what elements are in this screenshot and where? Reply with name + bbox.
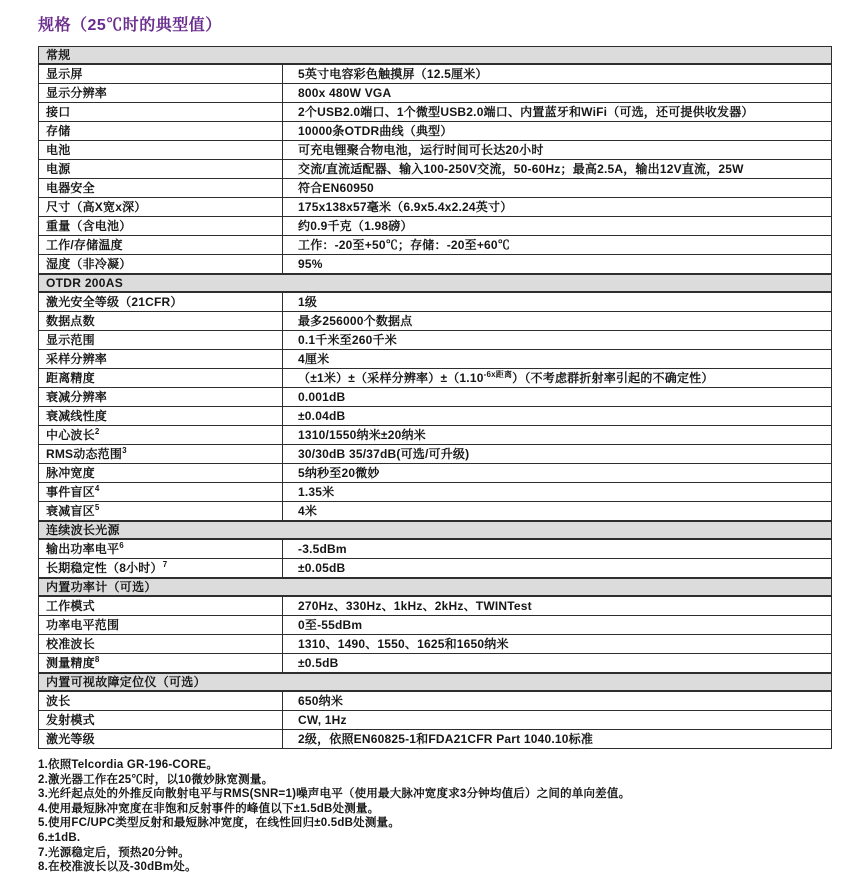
row-label: 发射模式 <box>39 711 283 729</box>
spec-table: 常规显示屏5英寸电容彩色触摸屏（12.5厘米）显示分辨率800x 480W VG… <box>38 46 832 749</box>
row-label: 事件盲区4 <box>39 483 283 501</box>
row-label: 测量精度8 <box>39 654 283 672</box>
row-value: 1310/1550纳米±20纳米 <box>283 426 831 444</box>
row-value: 175x138x57毫米（6.9x5.4x2.24英寸） <box>283 198 831 216</box>
table-row: 功率电平范围0至-55dBm <box>38 616 832 635</box>
table-row: 测量精度8±0.5dB <box>38 654 832 673</box>
row-label: 尺寸（高X宽x深） <box>39 198 283 216</box>
row-value: 最多256000个数据点 <box>283 312 831 330</box>
row-value: 4米 <box>283 502 831 520</box>
row-value: CW, 1Hz <box>283 711 831 729</box>
row-label: 衰减分辨率 <box>39 388 283 406</box>
row-label: 衰减线性度 <box>39 407 283 425</box>
row-label: 输出功率电平6 <box>39 540 283 558</box>
table-row: 电源交流/直流适配器、输入100-250V交流，50-60Hz；最高2.5A，输… <box>38 160 832 179</box>
row-label: 工作/存储温度 <box>39 236 283 254</box>
table-row: 长期稳定性（8小时）7±0.05dB <box>38 559 832 578</box>
row-value: 5纳秒至20微妙 <box>283 464 831 482</box>
row-label: 显示屏 <box>39 65 283 83</box>
row-value: 工作：-20至+50℃；存储：-20至+60℃ <box>283 236 831 254</box>
superscript-note-ref: 4 <box>95 484 100 493</box>
row-label: 湿度（非冷凝） <box>39 255 283 273</box>
table-row: 距离精度（±1米）±（采样分辨率）±（1.10-6x距离）（不考虑群折射率引起的… <box>38 369 832 388</box>
footnote-1: 1.依照Telcordia GR-196-CORE。 <box>38 758 852 773</box>
row-label: 波长 <box>39 692 283 710</box>
row-label: 长期稳定性（8小时）7 <box>39 559 283 577</box>
row-label: 显示范围 <box>39 331 283 349</box>
footnote-7: 7.光源稳定后，预热20分钟。 <box>38 846 852 861</box>
section-header: OTDR 200AS <box>38 274 832 293</box>
section-header: 内置可视故障定位仪（可选） <box>38 673 832 692</box>
table-row: 显示屏5英寸电容彩色触摸屏（12.5厘米） <box>38 65 832 84</box>
footnote-4: 4.使用最短脉冲宽度在非饱和反射事件的峰值以下±1.5dB处测量。 <box>38 802 852 817</box>
footnote-5: 5.使用FC/UPC类型反射和最短脉冲宽度，在线性回归±0.5dB处测量。 <box>38 816 852 831</box>
row-label: 工作模式 <box>39 597 283 615</box>
table-row: 电器安全符合EN60950 <box>38 179 832 198</box>
table-row: 存储10000条OTDR曲线（典型） <box>38 122 832 141</box>
superscript-note-ref: 7 <box>163 560 168 569</box>
superscript-note-ref: 8 <box>95 655 100 664</box>
row-value: ±0.05dB <box>283 559 831 577</box>
row-label: 存储 <box>39 122 283 140</box>
section-header: 常规 <box>38 46 832 65</box>
table-row: 校准波长1310、1490、1550、1625和1650纳米 <box>38 635 832 654</box>
table-row: 激光安全等级（21CFR）1级 <box>38 293 832 312</box>
row-label: 衰减盲区5 <box>39 502 283 520</box>
table-row: 输出功率电平6-3.5dBm <box>38 540 832 559</box>
row-label: 重量（含电池） <box>39 217 283 235</box>
row-value: （±1米）±（采样分辨率）±（1.10-6x距离）（不考虑群折射率引起的不确定性… <box>283 369 831 387</box>
footnote-2: 2.激光器工作在25℃时，以10微妙脉宽测量。 <box>38 773 852 788</box>
row-value: 4厘米 <box>283 350 831 368</box>
table-row: 重量（含电池）约0.9千克（1.98磅） <box>38 217 832 236</box>
table-row: 尺寸（高X宽x深）175x138x57毫米（6.9x5.4x2.24英寸） <box>38 198 832 217</box>
row-value: 符合EN60950 <box>283 179 831 197</box>
row-label: 显示分辨率 <box>39 84 283 102</box>
superscript-note-ref: 3 <box>122 446 127 455</box>
row-value: 可充电锂聚合物电池，运行时间可长达20小时 <box>283 141 831 159</box>
row-value: 270Hz、330Hz、1kHz、2kHz、TWINTest <box>283 597 831 615</box>
table-row: 工作/存储温度工作：-20至+50℃；存储：-20至+60℃ <box>38 236 832 255</box>
table-row: 激光等级2级，依照EN60825-1和FDA21CFR Part 1040.10… <box>38 730 832 749</box>
page-title: 规格（25℃时的典型值） <box>38 12 852 35</box>
table-row: 工作模式270Hz、330Hz、1kHz、2kHz、TWINTest <box>38 597 832 616</box>
row-value: 2个USB2.0端口、1个微型USB2.0端口、内置蓝牙和WiFi（可选，还可提… <box>283 103 831 121</box>
table-row: 采样分辨率4厘米 <box>38 350 832 369</box>
row-value: 0.001dB <box>283 388 831 406</box>
row-value: 800x 480W VGA <box>283 84 831 102</box>
row-label: RMS动态范围3 <box>39 445 283 463</box>
row-label: 校准波长 <box>39 635 283 653</box>
table-row: 湿度（非冷凝）95% <box>38 255 832 274</box>
row-label: 功率电平范围 <box>39 616 283 634</box>
footnote-8: 8.在校准波长以及-30dBm处。 <box>38 860 852 875</box>
table-row: 衰减线性度±0.04dB <box>38 407 832 426</box>
table-row: 发射模式CW, 1Hz <box>38 711 832 730</box>
row-label: 中心波长2 <box>39 426 283 444</box>
row-value: ±0.5dB <box>283 654 831 672</box>
row-label: 激光安全等级（21CFR） <box>39 293 283 311</box>
row-value: 约0.9千克（1.98磅） <box>283 217 831 235</box>
row-value: 650纳米 <box>283 692 831 710</box>
row-value: 1.35米 <box>283 483 831 501</box>
superscript-note-ref: 6 <box>119 541 124 550</box>
row-value: ±0.04dB <box>283 407 831 425</box>
row-label: 脉冲宽度 <box>39 464 283 482</box>
section-header: 内置功率计（可选） <box>38 578 832 597</box>
table-row: 数据点数最多256000个数据点 <box>38 312 832 331</box>
row-value: 0.1千米至260千米 <box>283 331 831 349</box>
row-value: 1310、1490、1550、1625和1650纳米 <box>283 635 831 653</box>
table-row: 接口2个USB2.0端口、1个微型USB2.0端口、内置蓝牙和WiFi（可选，还… <box>38 103 832 122</box>
table-row: 事件盲区41.35米 <box>38 483 832 502</box>
row-label: 电源 <box>39 160 283 178</box>
row-label: 接口 <box>39 103 283 121</box>
row-label: 数据点数 <box>39 312 283 330</box>
row-label: 激光等级 <box>39 730 283 748</box>
row-value: 0至-55dBm <box>283 616 831 634</box>
table-row: 中心波长21310/1550纳米±20纳米 <box>38 426 832 445</box>
table-row: 衰减盲区54米 <box>38 502 832 521</box>
spec-sheet-page: 规格（25℃时的典型值） 常规显示屏5英寸电容彩色触摸屏（12.5厘米）显示分辨… <box>0 0 852 875</box>
superscript-note-ref: -6x距离 <box>484 370 513 379</box>
footnote-3: 3.光纤起点处的外推反向散射电平与RMS(SNR=1)噪声电平（使用最大脉冲宽度… <box>38 787 852 802</box>
footnote-6: 6.±1dB. <box>38 831 852 846</box>
table-row: 波长650纳米 <box>38 692 832 711</box>
row-value: -3.5dBm <box>283 540 831 558</box>
row-value: 5英寸电容彩色触摸屏（12.5厘米） <box>283 65 831 83</box>
row-value: 95% <box>283 255 831 273</box>
table-row: RMS动态范围330/30dB 35/37dB(可选/可升级) <box>38 445 832 464</box>
row-label: 电池 <box>39 141 283 159</box>
row-label: 采样分辨率 <box>39 350 283 368</box>
section-header: 连续波长光源 <box>38 521 832 540</box>
superscript-note-ref: 2 <box>95 427 100 436</box>
superscript-note-ref: 5 <box>95 503 100 512</box>
table-row: 脉冲宽度5纳秒至20微妙 <box>38 464 832 483</box>
table-row: 衰减分辨率0.001dB <box>38 388 832 407</box>
row-label: 距离精度 <box>39 369 283 387</box>
row-label: 电器安全 <box>39 179 283 197</box>
table-row: 显示分辨率800x 480W VGA <box>38 84 832 103</box>
row-value: 2级，依照EN60825-1和FDA21CFR Part 1040.10标准 <box>283 730 831 748</box>
table-row: 电池可充电锂聚合物电池，运行时间可长达20小时 <box>38 141 832 160</box>
row-value: 10000条OTDR曲线（典型） <box>283 122 831 140</box>
row-value: 交流/直流适配器、输入100-250V交流，50-60Hz；最高2.5A，输出1… <box>283 160 831 178</box>
row-value: 30/30dB 35/37dB(可选/可升级) <box>283 445 831 463</box>
row-value: 1级 <box>283 293 831 311</box>
footnotes: 1.依照Telcordia GR-196-CORE。2.激光器工作在25℃时，以… <box>38 758 852 875</box>
table-row: 显示范围0.1千米至260千米 <box>38 331 832 350</box>
